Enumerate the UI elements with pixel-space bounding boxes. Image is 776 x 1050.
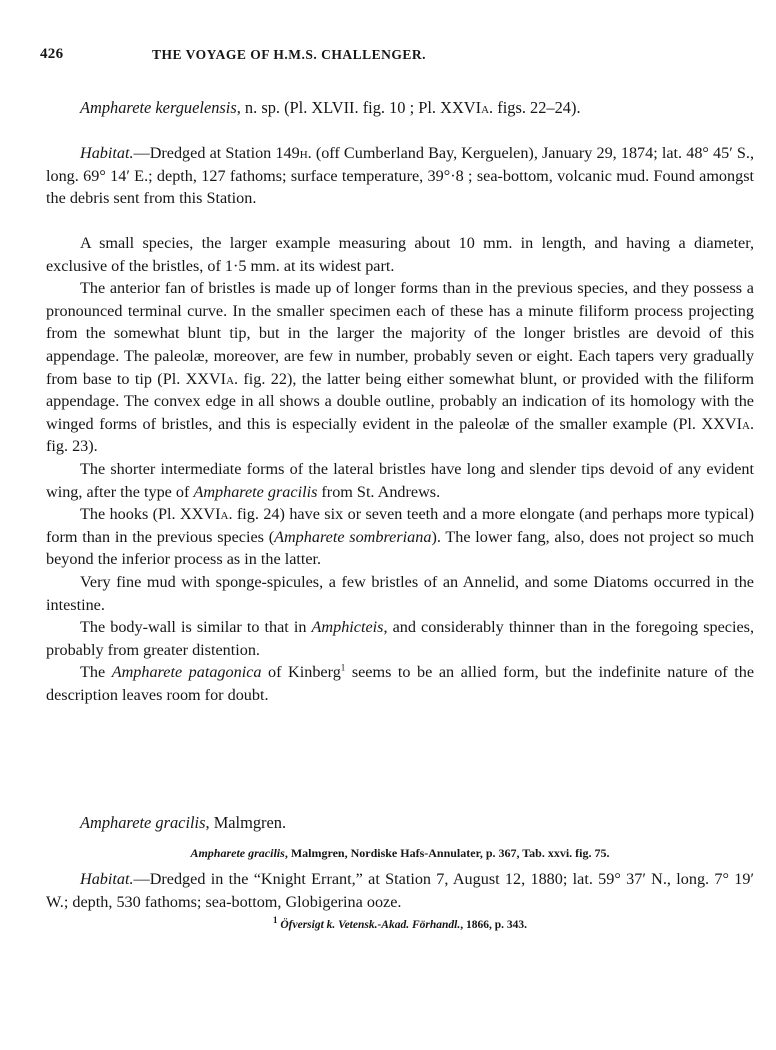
- paragraph-size: A small species, the larger example meas…: [46, 232, 754, 277]
- species-name: Ampharete kerguelensis: [80, 98, 237, 117]
- running-header: 426 THE VOYAGE OF H.M.S. CHALLENGER.: [40, 46, 740, 66]
- habitat-kerguelensis: Habitat.—Dredged at Station 149h. (off C…: [46, 142, 754, 210]
- running-title: THE VOYAGE OF H.M.S. CHALLENGER.: [152, 47, 426, 63]
- paragraph-intestine: Very fine mud with sponge-spicules, a fe…: [46, 571, 754, 616]
- footnote: 1 Öfversigt k. Vetensk.-Akad. Förhandl.,…: [46, 914, 754, 937]
- habitat-gracilis: Habitat.—Dredged in the “Knight Errant,”…: [46, 868, 754, 913]
- paragraph-allied-form: The Ampharete patagonica of Kinberg1 see…: [46, 661, 754, 706]
- footnote-marker: 1: [273, 915, 278, 925]
- paragraph-lateral-bristles: The shorter intermediate forms of the la…: [46, 458, 754, 503]
- species-heading-kerguelensis: Ampharete kerguelensis, n. sp. (Pl. XLVI…: [80, 97, 750, 120]
- document-page: 426 THE VOYAGE OF H.M.S. CHALLENGER. Amp…: [0, 0, 776, 1050]
- paragraph-body-wall: The body-wall is similar to that in Amph…: [46, 616, 754, 661]
- page-number: 426: [40, 46, 63, 63]
- paragraph-bristles: The anterior fan of bristles is made up …: [46, 277, 754, 458]
- species-heading-gracilis: Ampharete gracilis, Malmgren.: [80, 812, 750, 835]
- paragraph-hooks: The hooks (Pl. XXVIa. fig. 24) have six …: [46, 503, 754, 571]
- species-name: Ampharete gracilis: [80, 813, 206, 832]
- habitat-label: Habitat.: [80, 144, 134, 162]
- habitat-label: Habitat.: [80, 870, 134, 888]
- synonymy-citation: Ampharete gracilis, Malmgren, Nordiske H…: [46, 842, 754, 865]
- species-description: A small species, the larger example meas…: [46, 232, 754, 706]
